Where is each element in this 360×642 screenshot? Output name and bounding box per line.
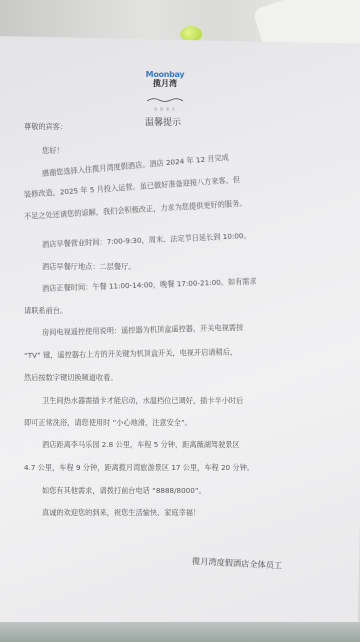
paragraph-line: 真诚的欢迎您的到来，祝您生活愉快、家庭幸福！	[42, 508, 200, 518]
logo-subtitle: 度 假 酒 店	[145, 107, 185, 111]
background-bedding-bottom	[0, 622, 360, 642]
paragraph-line: 请联系前台。	[24, 306, 67, 316]
paragraph-line: 酒店距离李马乐园 2.8 公里，车程 5 分钟，距离薇湖驾驶景区	[42, 440, 240, 450]
logo-chinese: 揽月湾	[145, 79, 185, 88]
paragraph-line: 即可正常洗浴，请您使用时 “小心地滑，注意安全”。	[24, 418, 192, 428]
paragraph-line: 卫生间热水器需插卡才能启动，水温档位已调好，插卡半小时后	[42, 396, 243, 406]
paragraph-line: 酒店早餐厅地点：二层餐厅。	[42, 262, 135, 272]
greeting: 尊敬的宾客：	[24, 122, 67, 132]
paragraph-line: 然后按数字键切换频道收看。	[24, 373, 117, 383]
hotel-logo: Moonbay 揽月湾 度 假 酒 店	[145, 70, 185, 111]
paragraph-line: 如您有其他需求，请拨打前台电话 “8888/8000”。	[42, 486, 206, 496]
notice-title: 温馨提示	[145, 115, 181, 128]
paragraph-line: 4.7 公里，车程 9 分钟，距离揽月湾旅游景区 17 公里，车程 20 分钟。	[24, 463, 254, 473]
hello: 您好！	[42, 146, 64, 156]
wave-icon	[145, 97, 185, 103]
logo-english: Moonbay	[145, 70, 185, 79]
